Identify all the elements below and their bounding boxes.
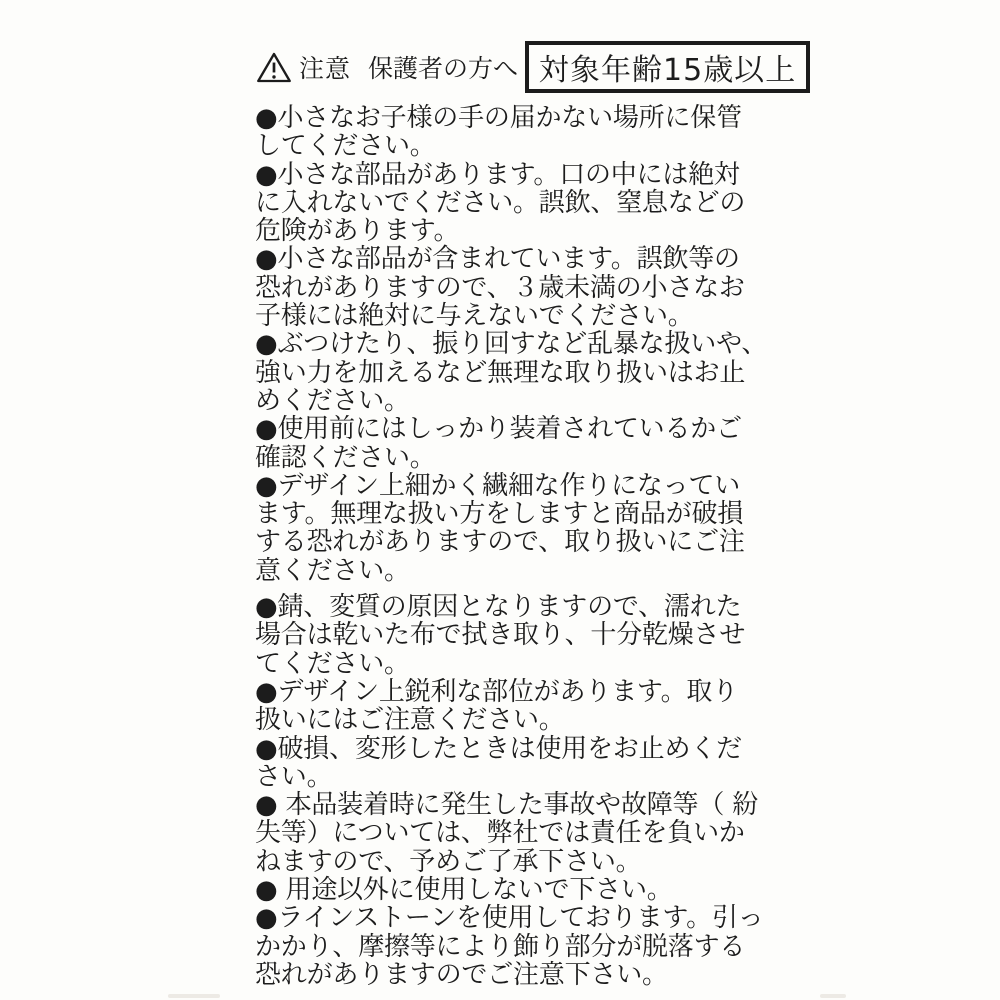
warning-line: ●小さなお子様の手の届かない場所に保管 xyxy=(255,104,795,132)
scan-artifact-mark xyxy=(168,994,220,998)
warning-line: ねますので、予めご了承下さい。 xyxy=(255,848,795,876)
warning-label-sheet: 注意 保護者の方へ 対象年齢15歳以上 ●小さなお子様の手の届かない場所に保管し… xyxy=(0,0,1000,1000)
warning-line: する恐れがありますので、取り扱いにご注 xyxy=(255,528,795,556)
warning-line: 恐れがありますので、３歳未満の小さなお xyxy=(255,274,795,302)
warning-line: ●デザイン上鋭利な部位があります。取り xyxy=(255,678,795,706)
warning-paragraph: ●破損、変形したときは使用をお止めください。 xyxy=(255,735,795,792)
warning-paragraph: ●ぶつけたり、振り回すなど乱暴な扱いや、強い力を加えるなど無理な取り扱いはお止め… xyxy=(255,330,795,415)
warning-line: 危険があります。 xyxy=(255,217,795,245)
warning-line: 失等）については、弊社では責任を負いか xyxy=(255,819,795,847)
warning-line: かかり、摩擦等により飾り部分が脱落する xyxy=(255,933,795,961)
warning-line: ●デザイン上細かく繊細な作りになってい xyxy=(255,472,795,500)
warning-line: 強い力を加えるなど無理な取り扱いはお止 xyxy=(255,359,795,387)
warning-line: してください。 xyxy=(255,132,795,160)
warning-line: ●ぶつけたり、振り回すなど乱暴な扱いや、 xyxy=(255,330,795,358)
warning-line: ● 用途以外に使用しないで下さい。 xyxy=(255,876,795,904)
warning-line: に入れないでください。誤飲、窒息などの xyxy=(255,189,795,217)
warning-paragraph: ●デザイン上細かく繊細な作りになっています。無理な扱い方をしますと商品が破損する… xyxy=(255,472,795,585)
warning-paragraph: ●小さな部品があります。口の中には絶対に入れないでください。誤飲、窒息などの危険… xyxy=(255,161,795,246)
warning-paragraph: ●小さなお子様の手の届かない場所に保管してください。 xyxy=(255,104,795,161)
age-restriction-box: 対象年齢15歳以上 xyxy=(525,41,810,93)
warning-paragraph: ●使用前にはしっかり装着されているかご確認ください。 xyxy=(255,415,795,472)
warning-line: ●小さな部品が含まれています。誤飲等の xyxy=(255,245,795,273)
warning-paragraph: ● 用途以外に使用しないで下さい。 xyxy=(255,876,795,904)
warning-text-block: ●小さなお子様の手の届かない場所に保管してください。●小さな部品があります。口の… xyxy=(255,104,795,989)
caution-header: 注意 保護者の方へ 対象年齢15歳以上 xyxy=(256,40,810,94)
warning-line: 恐れがありますのでご注意下さい。 xyxy=(255,961,795,989)
warning-paragraph: ● 本品装着時に発生した事故や故障等（ 紛失等）については、弊社では責任を負いか… xyxy=(255,791,795,876)
scan-artifact-mark xyxy=(820,994,846,998)
warning-triangle-icon xyxy=(256,51,292,84)
guardian-notice-label: 保護者の方へ xyxy=(368,49,518,85)
warning-line: てください。 xyxy=(255,650,795,678)
warning-line: 意ください。 xyxy=(255,557,795,585)
warning-line: 場合は乾いた布で拭き取り、十分乾燥させ xyxy=(255,621,795,649)
warning-paragraph: ●錆、変質の原因となりますので、濡れた場合は乾いた布で拭き取り、十分乾燥させてく… xyxy=(255,593,795,678)
warning-line: ●ラインストーンを使用しております。引っ xyxy=(255,904,795,932)
warning-line: さい。 xyxy=(255,763,795,791)
warning-line: ● 本品装着時に発生した事故や故障等（ 紛 xyxy=(255,791,795,819)
warning-line: ●使用前にはしっかり装着されているかご xyxy=(255,415,795,443)
warning-paragraph: ●ラインストーンを使用しております。引っかかり、摩擦等により飾り部分が脱落する恐… xyxy=(255,904,795,989)
warning-line: ます。無理な扱い方をしますと商品が破損 xyxy=(255,500,795,528)
warning-paragraph: ●デザイン上鋭利な部位があります。取り扱いにはご注意ください。 xyxy=(255,678,795,735)
warning-line: めください。 xyxy=(255,387,795,415)
warning-line: ●小さな部品があります。口の中には絶対 xyxy=(255,161,795,189)
warning-line: ●破損、変形したときは使用をお止めくだ xyxy=(255,735,795,763)
warning-line: 子様には絶対に与えないでください。 xyxy=(255,302,795,330)
warning-paragraph: ●小さな部品が含まれています。誤飲等の恐れがありますので、３歳未満の小さなお子様… xyxy=(255,245,795,330)
warning-line: 扱いにはご注意ください。 xyxy=(255,706,795,734)
caution-label: 注意 xyxy=(299,49,351,85)
warning-line: 確認ください。 xyxy=(255,444,795,472)
warning-line: ●錆、変質の原因となりますので、濡れた xyxy=(255,593,795,621)
